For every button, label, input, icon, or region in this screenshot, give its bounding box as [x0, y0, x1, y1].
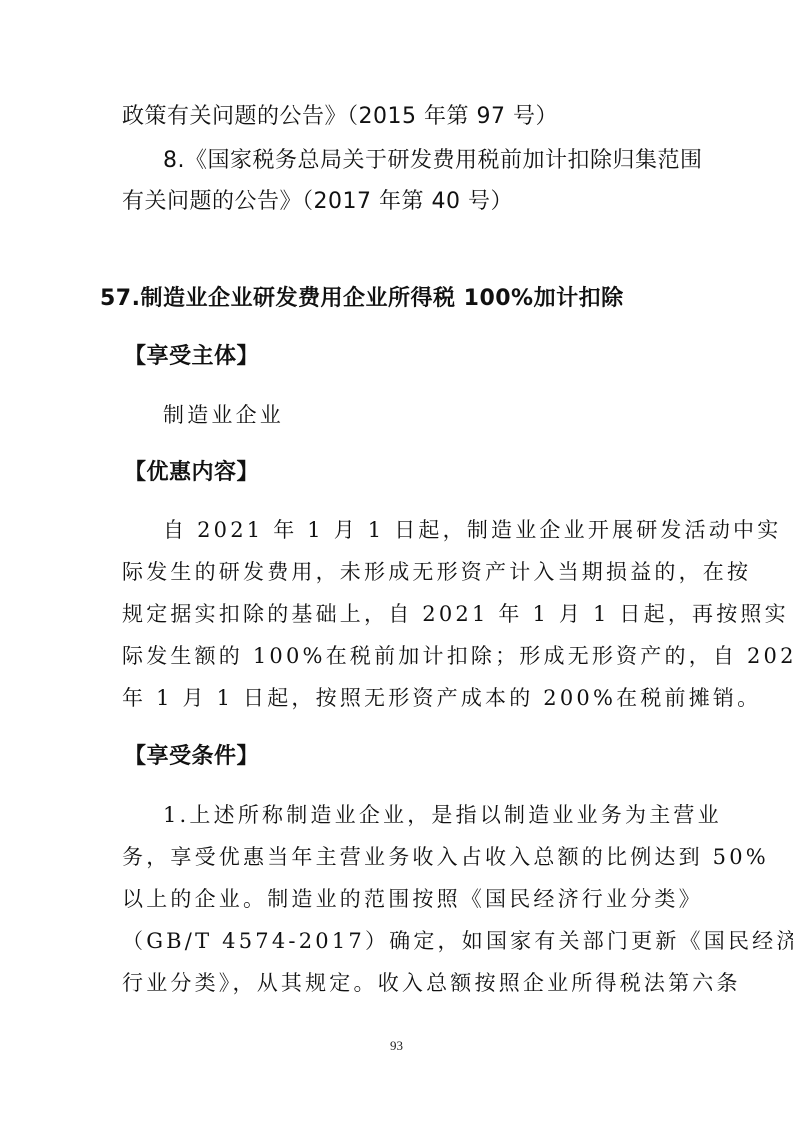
content-line-1: 自 2021 年 1 月 1 日起，制造业企业开展研发活动中实 [163, 516, 781, 544]
subject-heading: 【享受主体】 [124, 343, 259, 371]
page-number: 93 [0, 1038, 793, 1054]
continuation-line-1: 政策有关问题的公告》（2015 年第 97 号） [122, 103, 558, 131]
conditions-heading: 【享受条件】 [124, 743, 259, 771]
section-title: 57.制造业企业研发费用企业所得税 100%加计扣除 [100, 285, 624, 313]
continuation-line-3: 有关问题的公告》（2017 年第 40 号） [122, 188, 513, 216]
content-line-5: 年 1 月 1 日起，按照无形资产成本的 200%在税前摊销。 [122, 684, 761, 712]
content-line-3: 规定据实扣除的基础上，自 2021 年 1 月 1 日起，再按照实 [122, 600, 789, 628]
conditions-line-2: 务，享受优惠当年主营业务收入占收入总额的比例达到 50% [122, 843, 769, 871]
subject-text: 制造业企业 [163, 401, 284, 429]
content-line-2: 际发生的研发费用，未形成无形资产计入当期损益的，在按 [122, 558, 751, 586]
document-page: 政策有关问题的公告》（2015 年第 97 号） 8.《国家税务总局关于研发费用… [0, 0, 793, 1122]
conditions-line-4: （GB/T 4574-2017）确定，如国家有关部门更新《国民经济 [122, 927, 793, 955]
continuation-line-2: 8.《国家税务总局关于研发费用税前加计扣除归集范围 [163, 147, 703, 175]
content-line-4: 际发生额的 100%在税前加计扣除；形成无形资产的，自 2021 [122, 642, 793, 670]
conditions-line-1: 1.上述所称制造业企业，是指以制造业业务为主营业 [163, 801, 722, 829]
conditions-line-5: 行业分类》，从其规定。收入总额按照企业所得税法第六条 [122, 969, 741, 997]
content-heading: 【优惠内容】 [124, 459, 259, 487]
conditions-line-3: 以上的企业。制造业的范围按照《国民经济行业分类》 [122, 885, 703, 913]
